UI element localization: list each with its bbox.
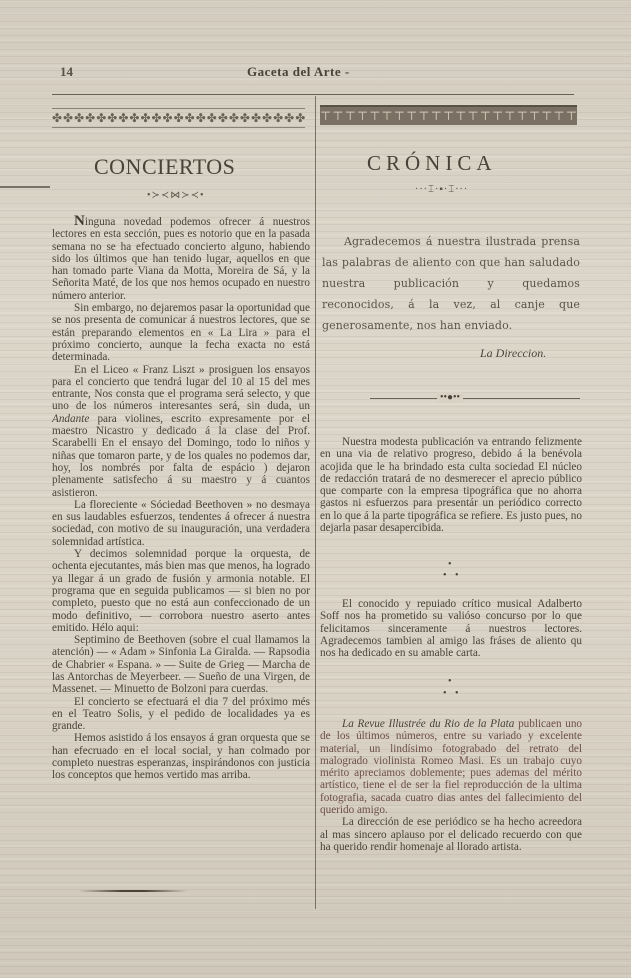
- end-rule: [78, 890, 188, 892]
- paragraph: La floreciente « Sóciedad Beethoven » no…: [52, 499, 310, 548]
- revue-title: La Revue Illustrée du Rio de la Plata: [342, 718, 514, 730]
- paragraph: Y decimos solemnidad porque la orquesta,…: [52, 548, 310, 634]
- paragraph: Hemos asistido á los ensayos á gran orqu…: [52, 732, 310, 781]
- section-title-cronica: CRÓNICA: [367, 151, 497, 176]
- column-divider: [315, 96, 316, 909]
- dot-ornament-icon: • •: [443, 570, 462, 581]
- program-list: Septimino de Beethoven (sobre el cual ll…: [52, 634, 310, 695]
- title-ornament-icon: ···⌶·▪·⌶···: [415, 184, 468, 195]
- page-header: 14 Gaceta del Arte -: [52, 62, 574, 84]
- dropcap: N: [74, 213, 85, 229]
- acknowledgement-paragraph: Agradecemos á nuestra ilustrada prensa l…: [322, 231, 580, 336]
- critic-paragraph: El conocido y repuiado crítico musical A…: [320, 598, 582, 659]
- header-rule: [52, 94, 574, 95]
- paragraph: El concierto se efectuará el dia 7 del p…: [52, 696, 310, 733]
- paragraph: La dirección de ese periódico se ha hech…: [320, 816, 582, 853]
- signature: La Direccion.: [480, 346, 546, 361]
- publication-progress-paragraph: Nuestra modesta publicación va entrando …: [320, 436, 582, 534]
- journal-title: Gaceta del Arte -: [247, 64, 350, 80]
- paragraph: Ninguna novedad podemos ofrecer á nuestr…: [52, 215, 310, 302]
- title-ornament-icon: •≻≺⋈≻≺•: [147, 190, 205, 201]
- dot-ornament-icon: •: [448, 559, 455, 570]
- conciertos-body: Ninguna novedad podemos ofrecer á nuestr…: [52, 215, 310, 782]
- paragraph: En el Liceo « Franz Liszt » prosiguen lo…: [52, 364, 310, 499]
- section-title-conciertos: CONCIERTOS: [94, 154, 235, 180]
- margin-mark: [0, 186, 50, 188]
- ornament-band-icon: ⊤⊤⊤⊤⊤⊤⊤⊤⊤⊤⊤⊤⊤⊤⊤⊤⊤⊤⊤⊤⊤⊤⊤⊤⊤⊤⊤⊤⊤⊤⊤⊤: [320, 105, 577, 125]
- separator-rule: [370, 398, 580, 399]
- revue-paragraphs: La Revue Illustrée du Rio de la Plata pu…: [320, 718, 582, 853]
- italic-term: Andante: [52, 413, 89, 425]
- page-number: 14: [60, 64, 73, 80]
- paragraph: Sin embargo, no dejaremos pasar la oport…: [52, 302, 310, 363]
- dot-ornament-icon: •: [448, 676, 455, 687]
- separator-ornament-icon: ••●••: [437, 392, 463, 403]
- ornament-band-icon: ✤✤✤✤✤✤✤✤✤✤✤✤✤✤✤✤✤✤✤✤✤✤✤✤✤✤✤✤: [52, 108, 305, 128]
- dot-ornament-icon: • •: [443, 688, 462, 699]
- paragraph: La Revue Illustrée du Rio de la Plata pu…: [320, 718, 582, 816]
